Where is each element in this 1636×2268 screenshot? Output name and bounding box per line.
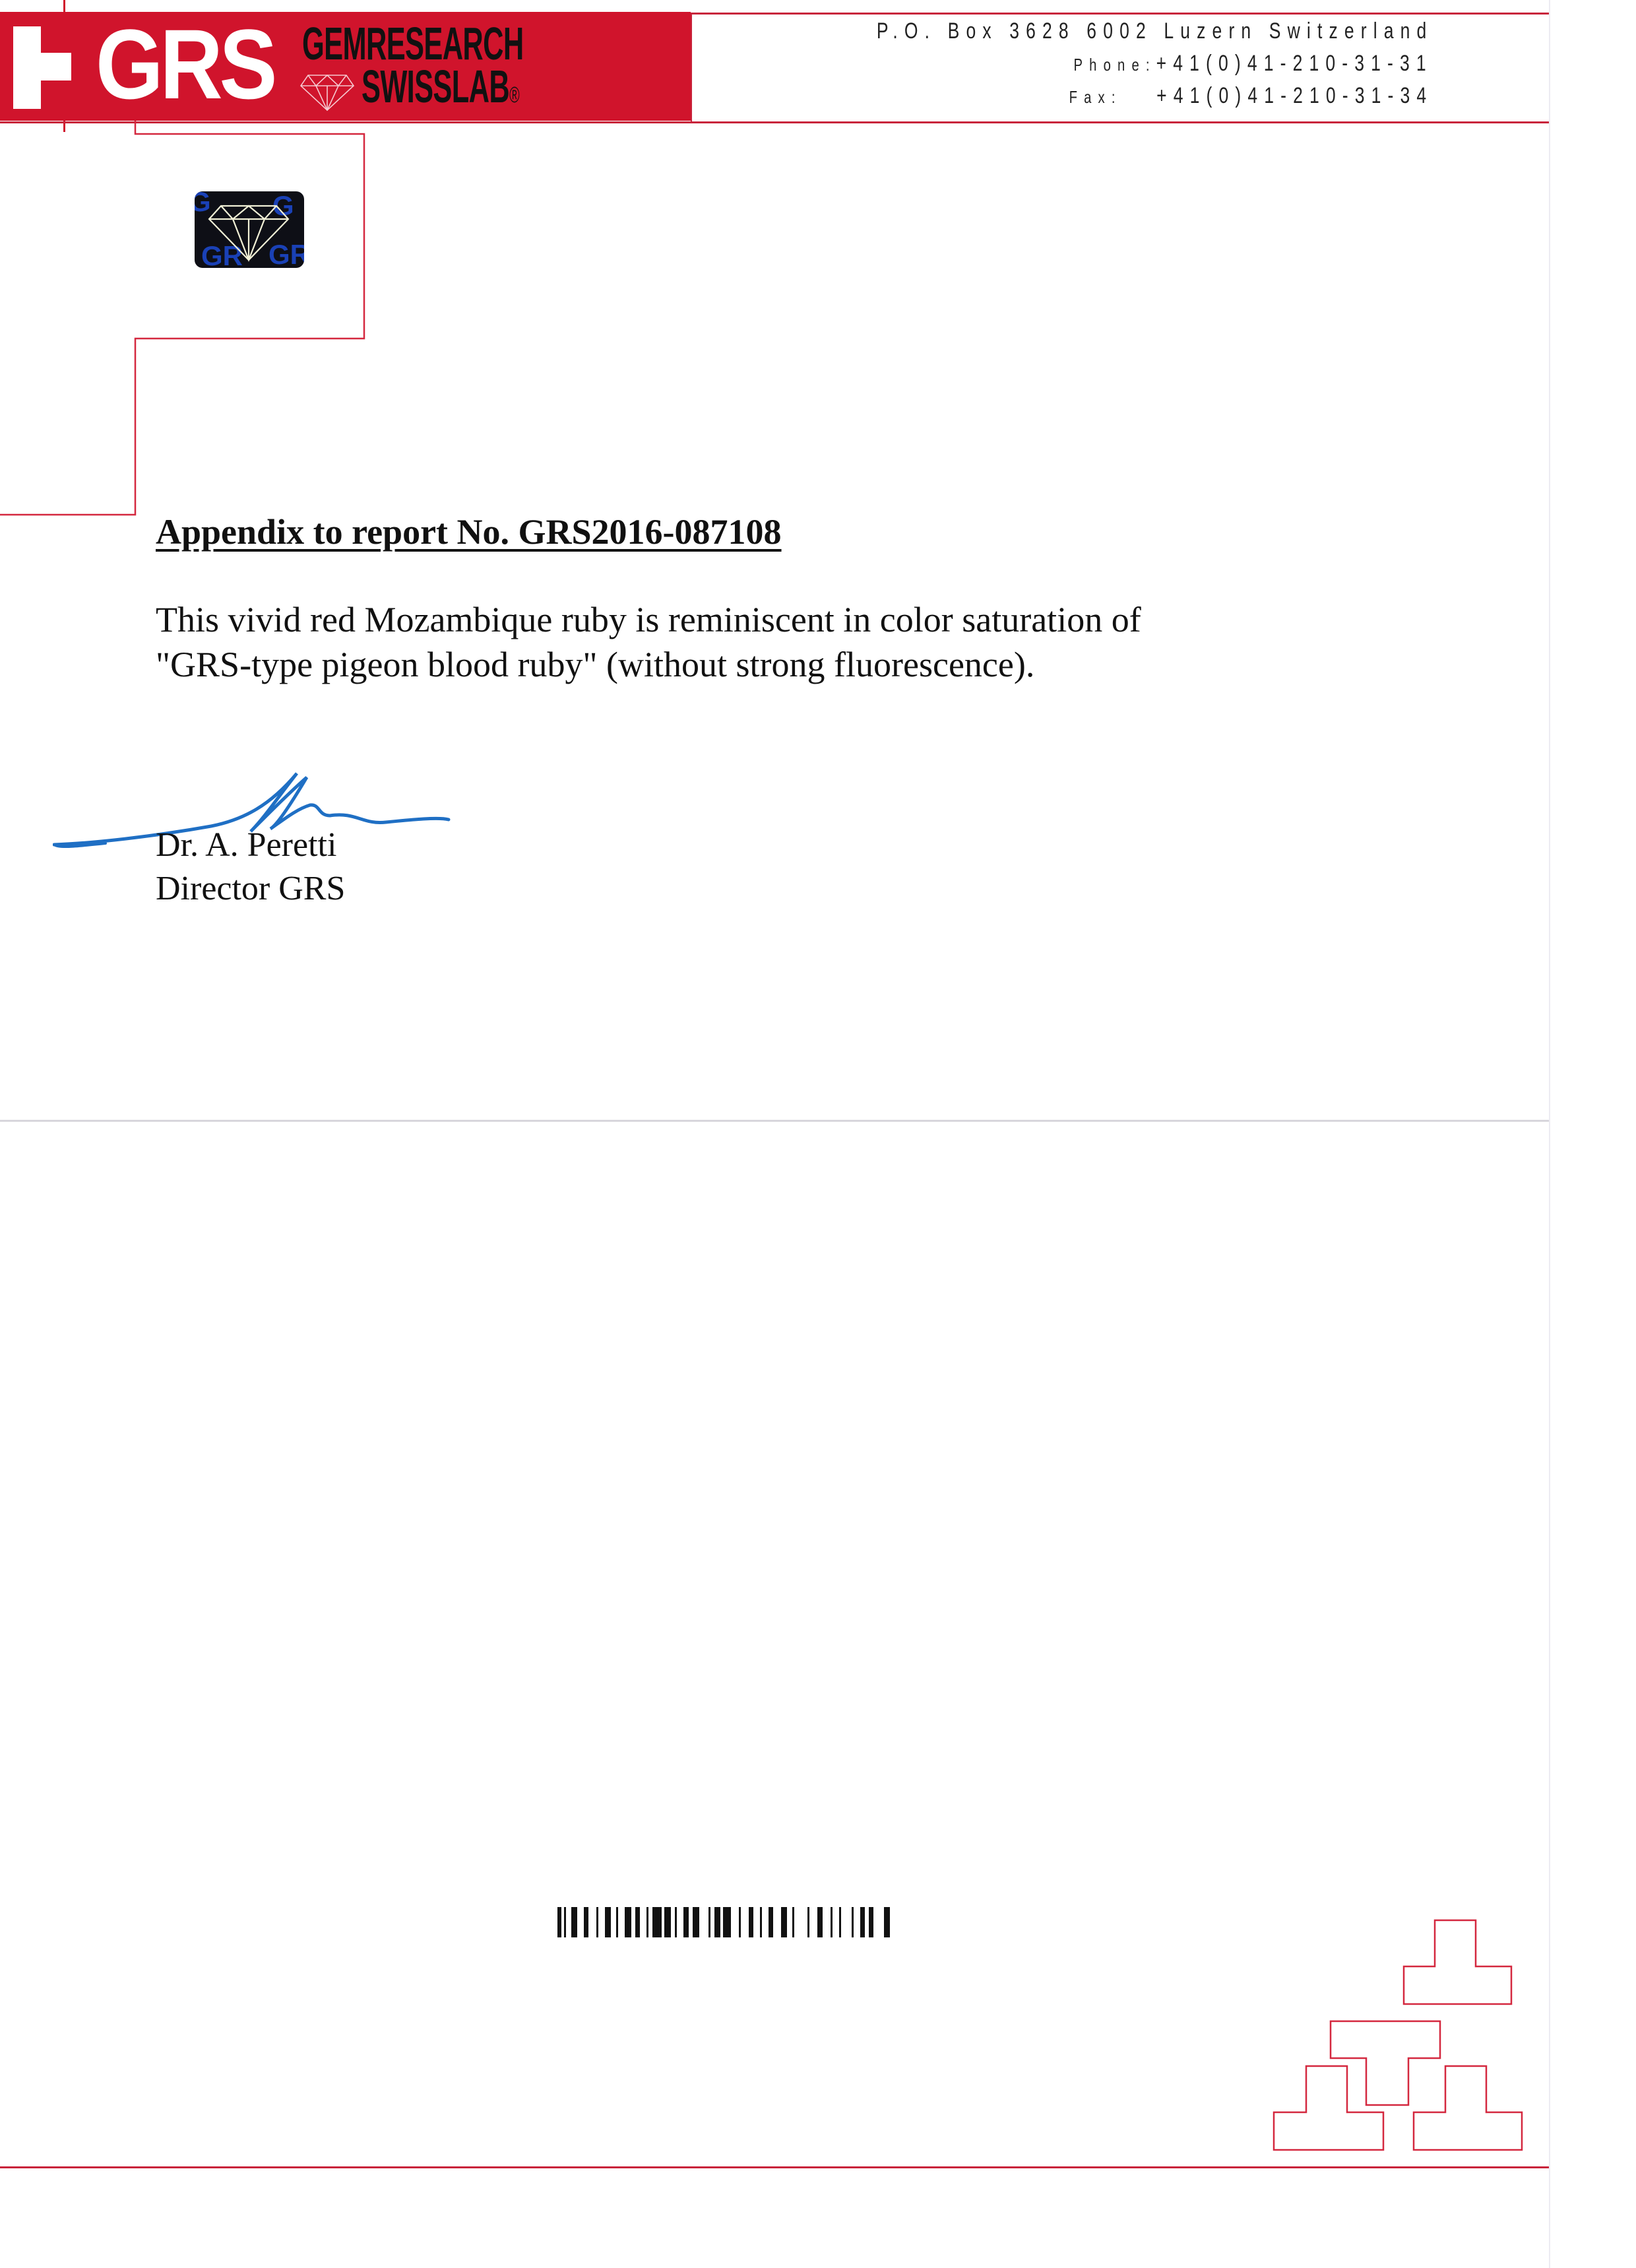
address-box-left-line [691, 13, 692, 123]
logo-grs-text: GRS [96, 15, 274, 113]
registered-mark: ® [509, 82, 519, 108]
diamond-logo-icon [300, 74, 354, 111]
footer-line [0, 2166, 1549, 2168]
fax-line: Fax: +41(0)41-210-31-34 [1069, 83, 1433, 109]
logo-gemresearch-text: GEMRESEARCH [302, 23, 524, 64]
phone-number: +41(0)41-210-31-31 [1156, 51, 1433, 76]
address-box-top-line [691, 13, 1549, 15]
signatory-title: Director GRS [156, 867, 345, 911]
signatory: Dr. A. Peretti Director GRS [156, 824, 345, 911]
statement-line-2: "GRS-type pigeon blood ruby" (without st… [156, 642, 1141, 687]
address-line: P.O. Box 3628 6002 Luzern Switzerland [876, 18, 1433, 44]
appendix-statement: This vivid red Mozambique ruby is remini… [156, 597, 1141, 687]
svg-text:GR: GR [268, 239, 304, 268]
svg-text:GR: GR [201, 240, 243, 268]
logo-swisslab: SWISSLAB® [362, 66, 519, 115]
document-title: Appendix to report No. GRS2016-087108 [156, 511, 782, 552]
diamond-hologram-icon: G G GR GR [195, 191, 304, 268]
fax-number: +41(0)41-210-31-34 [1156, 83, 1433, 108]
phone-line: Phone:+41(0)41-210-31-31 [1074, 51, 1433, 77]
signatory-name: Dr. A. Peretti [156, 824, 345, 867]
hologram-seal: G G GR GR [195, 191, 304, 268]
fold-line [0, 1120, 1549, 1122]
logo-swisslab-text: SWISSLAB [362, 61, 509, 112]
statement-line-1: This vivid red Mozambique ruby is remini… [156, 597, 1141, 642]
paper-edge [1549, 0, 1550, 2268]
phone-label: Phone: [1074, 55, 1156, 75]
svg-text:G: G [195, 191, 211, 217]
red-frame-decoration [0, 121, 369, 517]
barcode-icon [557, 1907, 894, 1940]
fax-label: Fax: [1069, 87, 1121, 107]
swiss-cross-icon [13, 26, 86, 109]
t-shapes-emblem-icon [1263, 1900, 1527, 2151]
